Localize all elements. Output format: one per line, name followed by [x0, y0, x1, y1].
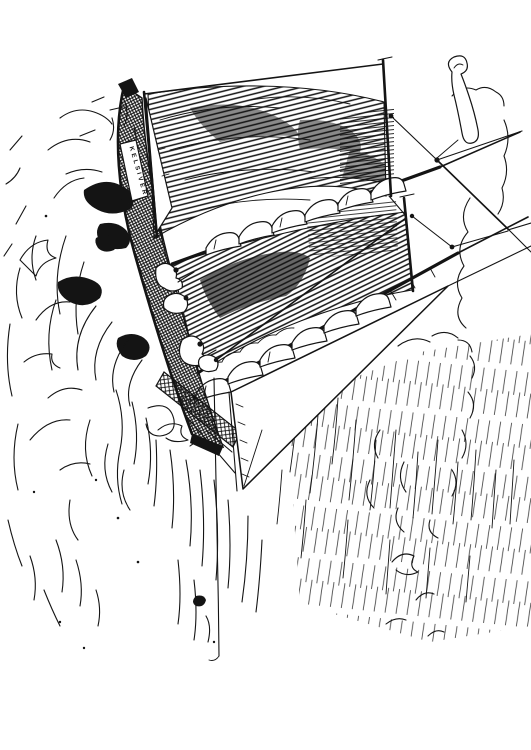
rigging-block [450, 245, 455, 250]
sailor [164, 293, 189, 313]
rigging-block [389, 114, 394, 119]
wake-streaks [44, 424, 262, 642]
ship-storm-illustration: KELSIVER [0, 0, 531, 750]
rigging-block [434, 157, 439, 162]
masthead-pennant [448, 56, 478, 143]
rigging-block [410, 214, 414, 218]
sailor [199, 355, 219, 372]
illustration-page: KELSIVER [0, 0, 531, 750]
